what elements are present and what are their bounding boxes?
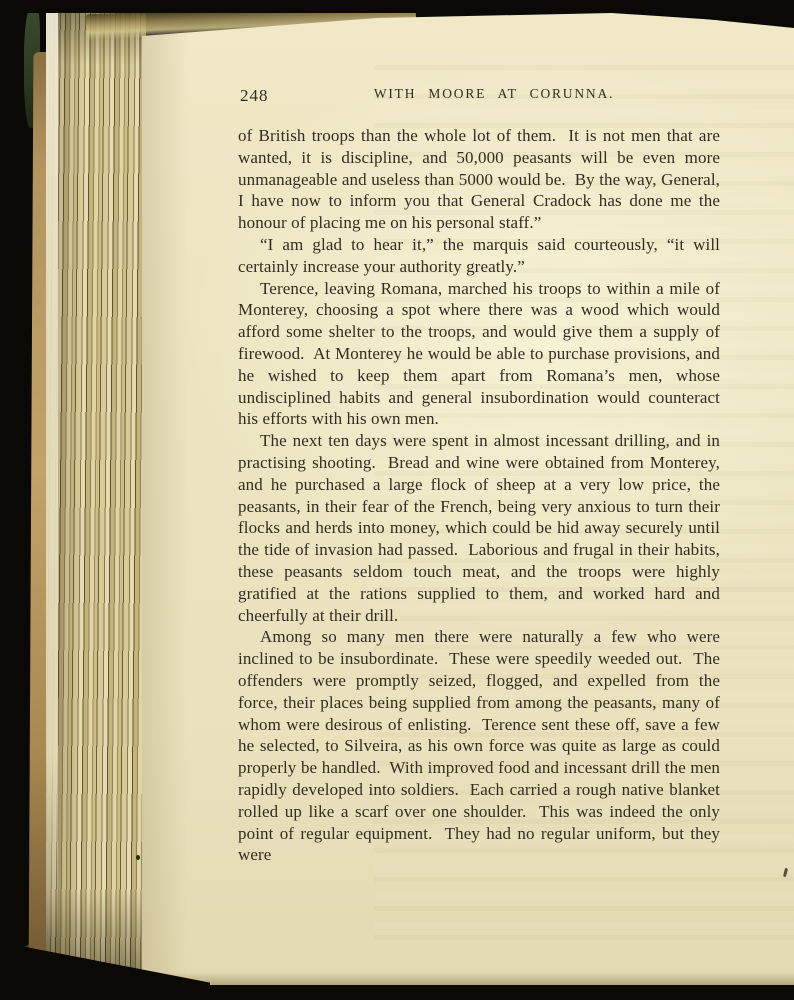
paragraph: “I am glad to hear it,” the marquis said… bbox=[238, 234, 720, 278]
ink-speck bbox=[136, 855, 140, 860]
paragraph: Among so many men there were naturally a… bbox=[238, 626, 720, 866]
paragraph: The next ten days were spent in almost i… bbox=[238, 430, 720, 626]
page-number: 248 bbox=[240, 86, 269, 106]
book-page: 248 WITH MOORE AT CORUNNA. of British tr… bbox=[142, 12, 794, 988]
printed-area: 248 WITH MOORE AT CORUNNA. of British tr… bbox=[238, 86, 720, 866]
stacked-page-edges bbox=[46, 6, 146, 988]
running-title: WITH MOORE AT CORUNNA. bbox=[238, 86, 720, 102]
page-edge-highlight bbox=[46, 4, 58, 944]
book-scan-photo: 248 WITH MOORE AT CORUNNA. of British tr… bbox=[0, 0, 794, 1000]
body-text: of British troops than the whole lot of … bbox=[238, 125, 720, 866]
paragraph: of British troops than the whole lot of … bbox=[238, 125, 720, 234]
page-header: 248 WITH MOORE AT CORUNNA. bbox=[238, 86, 720, 108]
paragraph: Terence, leaving Romana, marched his tro… bbox=[238, 278, 720, 431]
scan-background-bottom bbox=[0, 985, 794, 1000]
